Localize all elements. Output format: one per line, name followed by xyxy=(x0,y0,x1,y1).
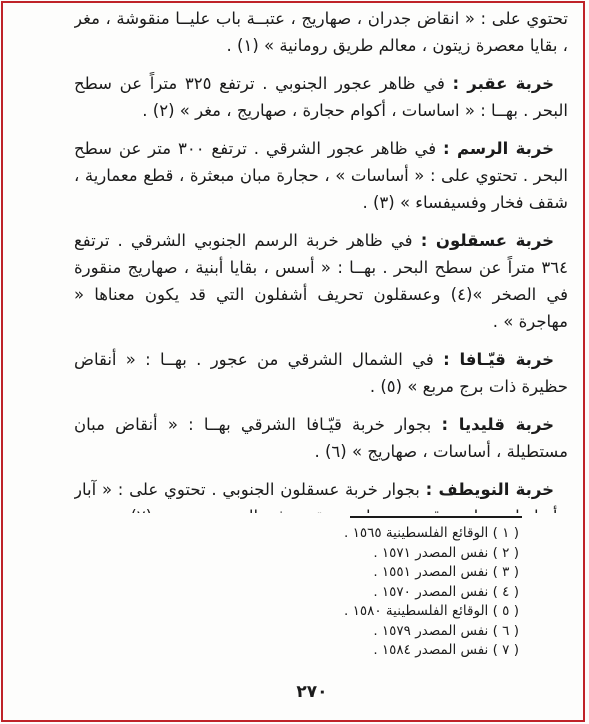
paragraph-khirbat-qayyafa: خربة قيّـافا : في الشمال الشرقي من عجور … xyxy=(74,346,568,400)
footnote-separator xyxy=(350,516,522,518)
footnote-text: الوقائع الفلسطينية ١٥٦٥ . xyxy=(344,525,488,541)
footnote-text: نفس المصدر ١٥٨٤ . xyxy=(373,642,488,658)
footnote-3: ( ٣ ) نفس المصدر ١٥٥١ . xyxy=(279,563,519,583)
footnote-text: نفس المصدر ١٥٧١ . xyxy=(373,545,488,561)
paragraph-khirbat-qilidiya: خربة قليديا : بجوار خربة قيّـافا الشرقي … xyxy=(74,411,568,465)
khirba-heading: خربة قليديا : xyxy=(441,415,554,434)
footnote-text: نفس المصدر ١٥٧٠ . xyxy=(373,584,488,600)
paragraph-text: تحتوي على : « انقاض جدران ، صهاريج ، عتب… xyxy=(74,9,568,55)
footnote-7: ( ٧ ) نفس المصدر ١٥٨٤ . xyxy=(279,641,519,661)
footnote-6: ( ٦ ) نفس المصدر ١٥٧٩ . xyxy=(279,622,519,642)
khirba-heading: خربة عسقلون : xyxy=(421,231,554,250)
footnote-marker: ( ٤ ) xyxy=(493,584,519,600)
khirba-heading: خربة النويطف : xyxy=(426,480,554,499)
khirba-heading: خربة عقبر : xyxy=(453,74,554,93)
paragraph-continuation: تحتوي على : « انقاض جدران ، صهاريج ، عتب… xyxy=(74,5,568,59)
footnote-marker: ( ٢ ) xyxy=(493,545,519,561)
paragraph-khirbat-aqbar: خربة عقبر : في ظاهر عجور الجنوبي . ترتفع… xyxy=(74,70,568,124)
paragraph-khirbat-al-rasm: خربة الرسم : في ظاهر عجور الشرقي . ترتفع… xyxy=(74,135,568,216)
footnote-marker: ( ٦ ) xyxy=(493,623,519,639)
paragraph-khirbat-al-nuwaytif: خربة النويطف : بجوار خربة عسقلون الجنوبي… xyxy=(74,476,568,513)
khirba-heading: خربة قيّـافا : xyxy=(443,350,554,369)
paragraph-khirbat-asqalun: خربة عسقلون : في ظاهر خربة الرسم الجنوبي… xyxy=(74,227,568,335)
footnote-marker: ( ٧ ) xyxy=(493,642,519,658)
scanned-book-page: { "page": { "number": "٢٧٠", "border_col… xyxy=(0,0,589,724)
footnotes-block: ( ١ ) الوقائع الفلسطينية ١٥٦٥ . ( ٢ ) نف… xyxy=(279,524,519,661)
footnote-text: نفس المصدر ١٥٥١ . xyxy=(373,564,488,580)
footnote-5: ( ٥ ) الوقائع الفلسطينية ١٥٨٠ . xyxy=(279,602,519,622)
body-text-block: تحتوي على : « انقاض جدران ، صهاريج ، عتب… xyxy=(74,5,568,513)
footnote-text: الوقائع الفلسطينية ١٥٨٠ . xyxy=(344,603,488,619)
footnote-4: ( ٤ ) نفس المصدر ١٥٧٠ . xyxy=(279,583,519,603)
footnote-text: نفس المصدر ١٥٧٩ . xyxy=(373,623,488,639)
footnote-1: ( ١ ) الوقائع الفلسطينية ١٥٦٥ . xyxy=(279,524,519,544)
khirba-heading: خربة الرسم : xyxy=(443,139,554,158)
footnote-marker: ( ٥ ) xyxy=(493,603,519,619)
footnote-marker: ( ١ ) xyxy=(493,525,519,541)
page-number: ٢٧٠ xyxy=(272,682,352,702)
footnote-marker: ( ٣ ) xyxy=(493,564,519,580)
footnote-2: ( ٢ ) نفس المصدر ١٥٧١ . xyxy=(279,544,519,564)
